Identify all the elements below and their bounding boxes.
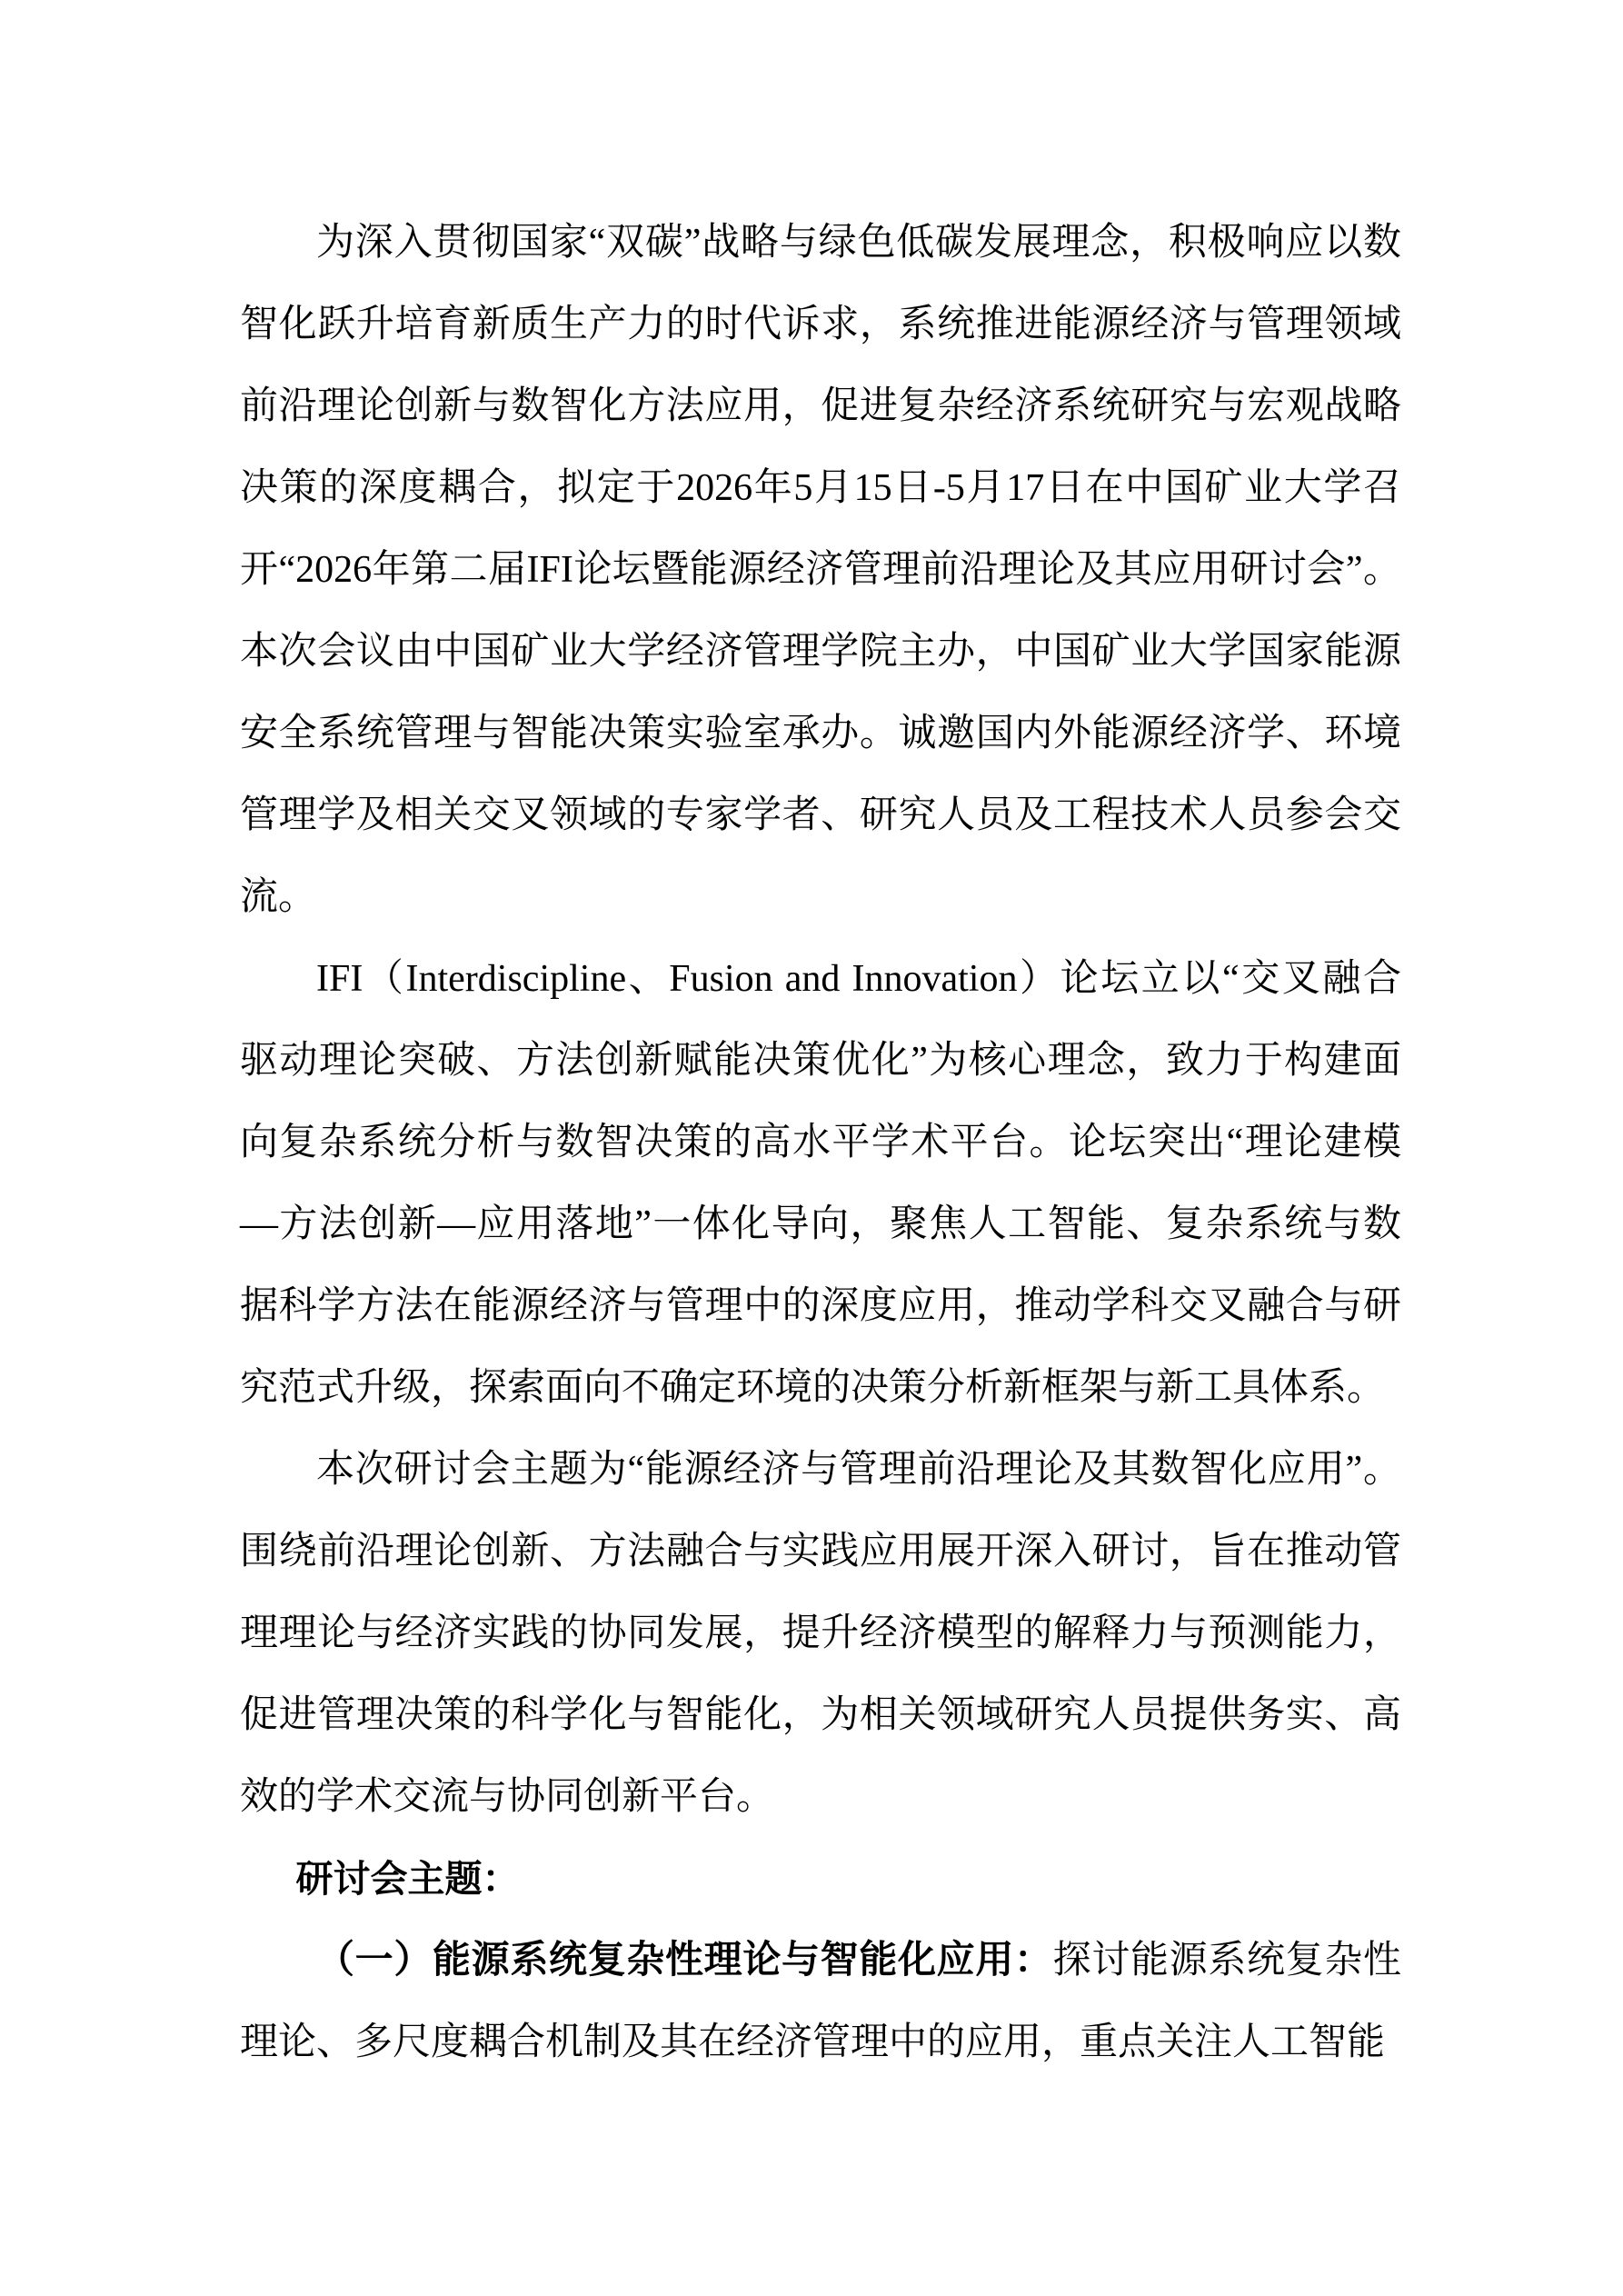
section-heading-topics: 研讨会主题： bbox=[240, 1838, 1401, 1920]
document-page: 为深入贯彻国家“双碳”战略与绿色低碳发展理念，积极响应以数智化跃升培育新质生产力… bbox=[0, 0, 1623, 2296]
paragraph-ifi-forum: IFI（Interdiscipline、Fusion and Innovatio… bbox=[240, 938, 1401, 1429]
paragraph-topic-1: （一）能源系统复杂性理论与智能化应用：探讨能源系统复杂性理论、多尺度耦合机制及其… bbox=[240, 1920, 1401, 2083]
paragraph-intro: 为深入贯彻国家“双碳”战略与绿色低碳发展理念，积极响应以数智化跃升培育新质生产力… bbox=[240, 202, 1401, 938]
document-body: 为深入贯彻国家“双碳”战略与绿色低碳发展理念，积极响应以数智化跃升培育新质生产力… bbox=[240, 202, 1401, 2083]
topic-1-title: （一）能源系统复杂性理论与智能化应用： bbox=[316, 1940, 1053, 1982]
paragraph-conference-theme: 本次研讨会主题为“能源经济与管理前沿理论及其数智化应用”。围绕前沿理论创新、方法… bbox=[240, 1429, 1401, 1838]
